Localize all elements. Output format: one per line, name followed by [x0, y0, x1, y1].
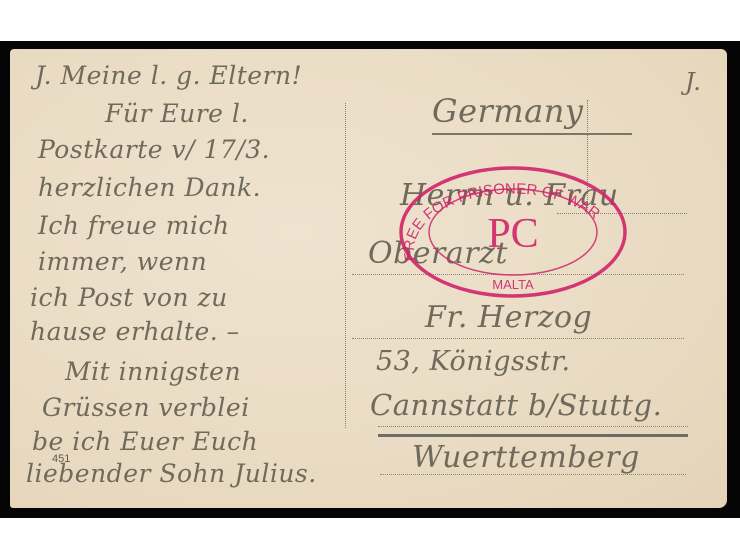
message-line: J. Meine l. g. Eltern!	[35, 61, 302, 90]
message-line: Mit innigsten	[65, 357, 241, 386]
address-line	[352, 338, 684, 339]
message-line: Grüssen verblei	[42, 393, 250, 422]
print-number: 451	[52, 453, 70, 465]
address-initial: J.	[685, 68, 701, 96]
message-line: Postkarte v/ 17/3.	[38, 135, 270, 164]
address-line	[378, 426, 688, 427]
oval-stamp-icon: FREE FOR PRISONER OF WAR PC MALTA	[398, 165, 628, 300]
censor-stamp: FREE FOR PRISONER OF WAR PC MALTA	[398, 165, 628, 300]
address-city: Cannstatt b/Stuttg.	[370, 388, 662, 422]
stamp-bottom-text: MALTA	[492, 277, 534, 292]
address-country: Germany	[432, 92, 583, 130]
address-underline	[378, 434, 688, 437]
address-name: Fr. Herzog	[425, 300, 592, 335]
country-underline	[432, 133, 632, 135]
message-line: Für Eure l.	[105, 99, 249, 128]
stamp-center-text: PC	[487, 211, 538, 257]
address-street: 53, Königsstr.	[376, 346, 571, 377]
center-divider	[345, 103, 346, 428]
message-line: ich Post von zu	[30, 283, 228, 312]
address-region: Wuerttemberg	[412, 440, 640, 475]
message-line: Ich freue mich	[38, 211, 230, 240]
message-line: hause erhalte. –	[30, 317, 240, 346]
message-line: immer, wenn	[38, 247, 207, 276]
message-line: herzlichen Dank.	[38, 173, 261, 202]
message-line: be ich Euer Euch	[32, 427, 258, 456]
